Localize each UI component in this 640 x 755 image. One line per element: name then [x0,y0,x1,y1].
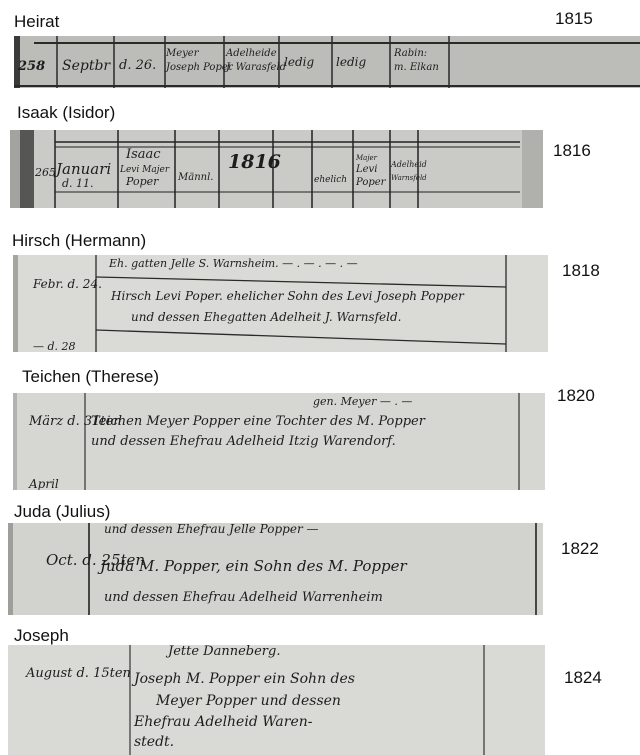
ledger-lines: 258 Septbr d. 26. Meyer Joseph Poper Ade… [14,36,640,88]
record-year-1822: 1822 [561,539,599,559]
svg-text:Jette Danneberg.: Jette Danneberg. [165,645,280,659]
svg-text:258: 258 [17,59,45,74]
record-label-juda: Juda (Julius) [14,502,110,522]
record-year-1815: 1815 [555,9,593,29]
record-label-teichen: Teichen (Therese) [22,367,159,387]
svg-text:Teichen Meyer Popper eine Toch: Teichen Meyer Popper eine Tochter des M.… [91,414,426,429]
svg-text:Meyer Popper und dessen: Meyer Popper und dessen [155,693,341,709]
record-year-1820: 1820 [557,386,595,406]
svg-text:Septbr: Septbr [62,58,111,74]
svg-text:Joseph Poper: Joseph Poper [164,62,234,73]
svg-text:Juda M. Popper, ein Sohn des M: Juda M. Popper, ein Sohn des M. Popper [97,557,407,575]
svg-text:265: 265 [34,166,56,179]
register-scan-teichen: gen. Meyer — . — März d. 31ten Teichen M… [13,393,545,490]
ledger-lines: 265 Januari d. 11. Isaac Levi Majer Pope… [10,130,543,208]
record-label-heirat: Heirat [14,12,59,32]
svg-text:Meyer: Meyer [165,48,200,59]
ledger-lines: Jette Danneberg. August d. 15ten Joseph … [8,645,545,755]
svg-text:August d. 15ten: August d. 15ten [25,666,131,681]
svg-text:ledig: ledig [284,55,314,69]
record-year-1816: 1816 [553,141,591,161]
ledger-lines: gen. Meyer — . — März d. 31ten Teichen M… [13,393,545,490]
svg-text:Eh. gatten Jelle S. Warnsheim.: Eh. gatten Jelle S. Warnsheim. — . — . —… [108,257,358,270]
record-year-1824: 1824 [564,668,602,688]
svg-text:Levi: Levi [355,164,377,175]
svg-text:Warnsfeld: Warnsfeld [391,174,427,182]
svg-text:ledig: ledig [336,55,366,69]
svg-text:Poper: Poper [125,175,159,188]
svg-text:Majer: Majer [355,154,378,162]
record-label-hirsch: Hirsch (Hermann) [12,231,146,251]
svg-text:d. 11.: d. 11. [62,177,94,190]
svg-text:und dessen Ehefrau Adelheid It: und dessen Ehefrau Adelheid Itzig Warend… [91,434,396,449]
svg-text:Isaac: Isaac [125,147,161,162]
svg-text:Joseph M. Popper ein Sohn des: Joseph M. Popper ein Sohn des [131,671,355,687]
svg-text:Adelheid: Adelheid [390,160,427,169]
svg-text:stedt.: stedt. [134,734,174,750]
svg-text:Adelheide: Adelheide [225,48,277,59]
svg-text:Rabin:: Rabin: [393,48,427,59]
svg-text:Ehefrau Adelheid Waren-: Ehefrau Adelheid Waren- [133,714,313,730]
record-year-1818: 1818 [562,261,600,281]
svg-text:gen. Meyer — . —: gen. Meyer — . — [313,395,412,408]
svg-text:m. Elkan: m. Elkan [394,62,439,73]
svg-text:und dessen Ehefrau Adelheid Wa: und dessen Ehefrau Adelheid Warrenheim [104,590,383,605]
register-scan-isaak: 265 Januari d. 11. Isaac Levi Majer Pope… [10,130,543,208]
svg-text:Levi Majer: Levi Majer [119,165,170,175]
svg-text:— d. 28: — d. 28 [33,340,76,352]
svg-text:Januari: Januari [53,160,111,178]
svg-text:und dessen Ehegatten Adelheit: und dessen Ehegatten Adelheit J. Warnsfe… [131,310,401,324]
svg-text:ehelich: ehelich [314,175,347,185]
record-label-isaak: Isaak (Isidor) [17,103,115,123]
register-scan-heirat: 258 Septbr d. 26. Meyer Joseph Poper Ade… [14,36,640,88]
register-scan-juda: und dessen Ehefrau Jelle Popper — Oct. d… [8,523,543,615]
svg-text:und dessen Ehefrau Jelle Poppe: und dessen Ehefrau Jelle Popper — [104,523,319,536]
svg-text:April: April [28,477,59,490]
svg-text:d. 26.: d. 26. [119,58,156,73]
svg-text:Febr. d. 24.: Febr. d. 24. [32,277,102,291]
svg-text:1816: 1816 [228,151,281,173]
svg-text:Männl.: Männl. [177,172,213,183]
register-scan-joseph: Jette Danneberg. August d. 15ten Joseph … [8,645,545,755]
svg-text:Hirsch Levi Poper. ehelicher S: Hirsch Levi Poper. ehelicher Sohn des Le… [110,289,465,303]
record-label-joseph: Joseph [14,626,69,646]
ledger-lines: und dessen Ehefrau Jelle Popper — Oct. d… [8,523,543,615]
ledger-lines: Eh. gatten Jelle S. Warnsheim. — . — . —… [13,255,548,352]
svg-text:J. Warasfeld: J. Warasfeld [224,62,286,73]
register-scan-hirsch: Eh. gatten Jelle S. Warnsheim. — . — . —… [13,255,548,352]
svg-text:Poper: Poper [355,177,387,188]
